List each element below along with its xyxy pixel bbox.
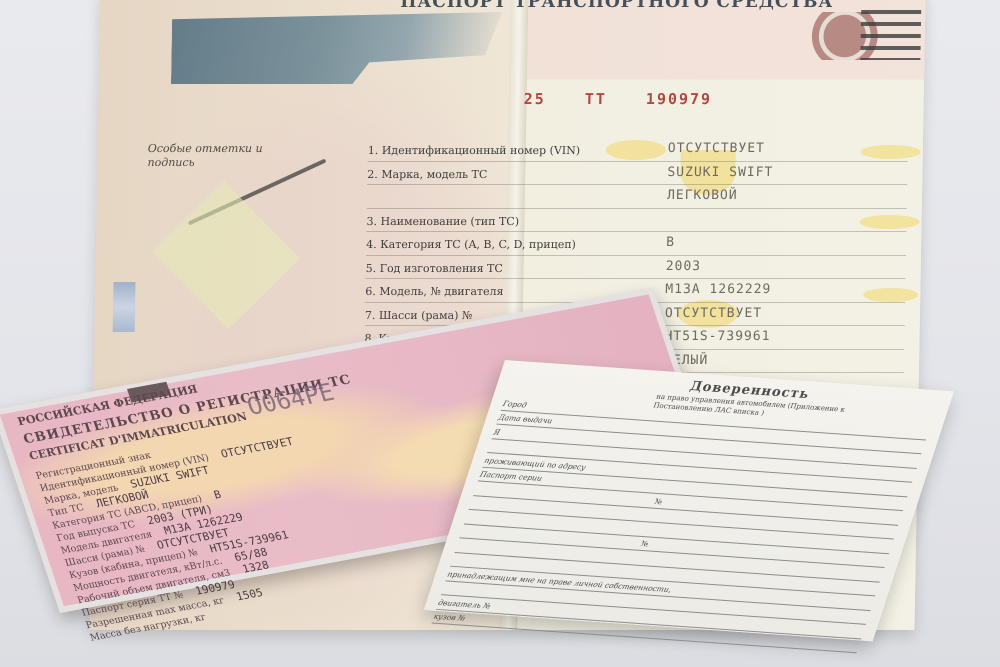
field-value: ЛЕГКОВОЙ	[667, 188, 738, 203]
field-label: 5. Год изготовления ТС	[366, 262, 503, 275]
power-of-attorney-form: Доверенность на право управления автомоб…	[424, 360, 954, 641]
line-label: Паспорт серии	[479, 470, 544, 483]
line-number-mark: №	[640, 539, 650, 548]
hologram-icon	[113, 282, 136, 332]
passport-field: 3. Наименование (тип ТС)	[366, 209, 906, 233]
field-value: B	[212, 488, 223, 502]
field-label: 6. Модель, № двигателя	[365, 285, 503, 298]
passport-field: 4. Категория ТС (A, B, C, D, прицеп) B	[366, 232, 906, 256]
emblem-stripes-icon	[860, 10, 921, 60]
field-value: B	[666, 235, 675, 250]
passport-field: 1. Идентификационный номер (VIN) ОТСУТСТ…	[368, 138, 908, 162]
special-marks-label: Особые отметки и подпись	[147, 142, 287, 170]
attorney-line-list: Город Дата выдачи Я проживающий по адрес…	[432, 396, 931, 653]
field-label: 1. Идентификационный номер (VIN)	[368, 144, 581, 157]
field-value: HT51S-739961	[664, 329, 770, 344]
line-label: Город	[502, 399, 528, 409]
field-value	[158, 446, 162, 458]
watermark-shape	[152, 181, 300, 329]
passport-serial-number: 25 ТТ 190979	[524, 90, 741, 108]
field-label: 2. Марка, модель ТС	[367, 168, 487, 181]
field-value: ОТСУТСТВУЕТ	[668, 141, 765, 156]
line-label: кузов №	[433, 612, 467, 623]
field-value: ОТСУТСТВУЕТ	[665, 306, 762, 321]
passport-field: 5. Год изготовления ТС 2003	[366, 256, 906, 280]
passport-field: ЛЕГКОВОЙ	[367, 185, 907, 209]
field-value: M13A 1262229	[665, 282, 771, 297]
passport-logo-icon	[171, 12, 502, 84]
field-value	[213, 608, 217, 620]
field-label: 3. Наименование (тип ТС)	[366, 215, 519, 228]
serial-region: 25	[524, 90, 546, 108]
line-label: двигатель №	[437, 598, 492, 610]
field-value: 2003	[666, 259, 702, 274]
serial-number: 190979	[646, 90, 713, 108]
documents-photo: Особые отметки и подпись ПАСПОРТ ТРАНСПО…	[0, 0, 1000, 667]
line-number-mark: №	[654, 496, 664, 505]
line-label: Дата выдачи	[497, 413, 553, 426]
certificate-plate: О064РЕ	[243, 378, 337, 421]
passport-field: 2. Марка, модель ТС SUZUKI SWIFT	[367, 162, 907, 186]
field-value: SUZUKI SWIFT	[667, 165, 773, 180]
field-label: 7. Шасси (рама) №	[365, 309, 473, 322]
field-label: 4. Категория ТС (A, B, C, D, прицеп)	[366, 238, 576, 251]
passport-header: ПАСПОРТ ТРАНСПОРТНОГО СРЕДСТВА	[400, 0, 833, 12]
line-label: Я	[493, 427, 502, 436]
serial-series: ТТ	[585, 90, 607, 108]
